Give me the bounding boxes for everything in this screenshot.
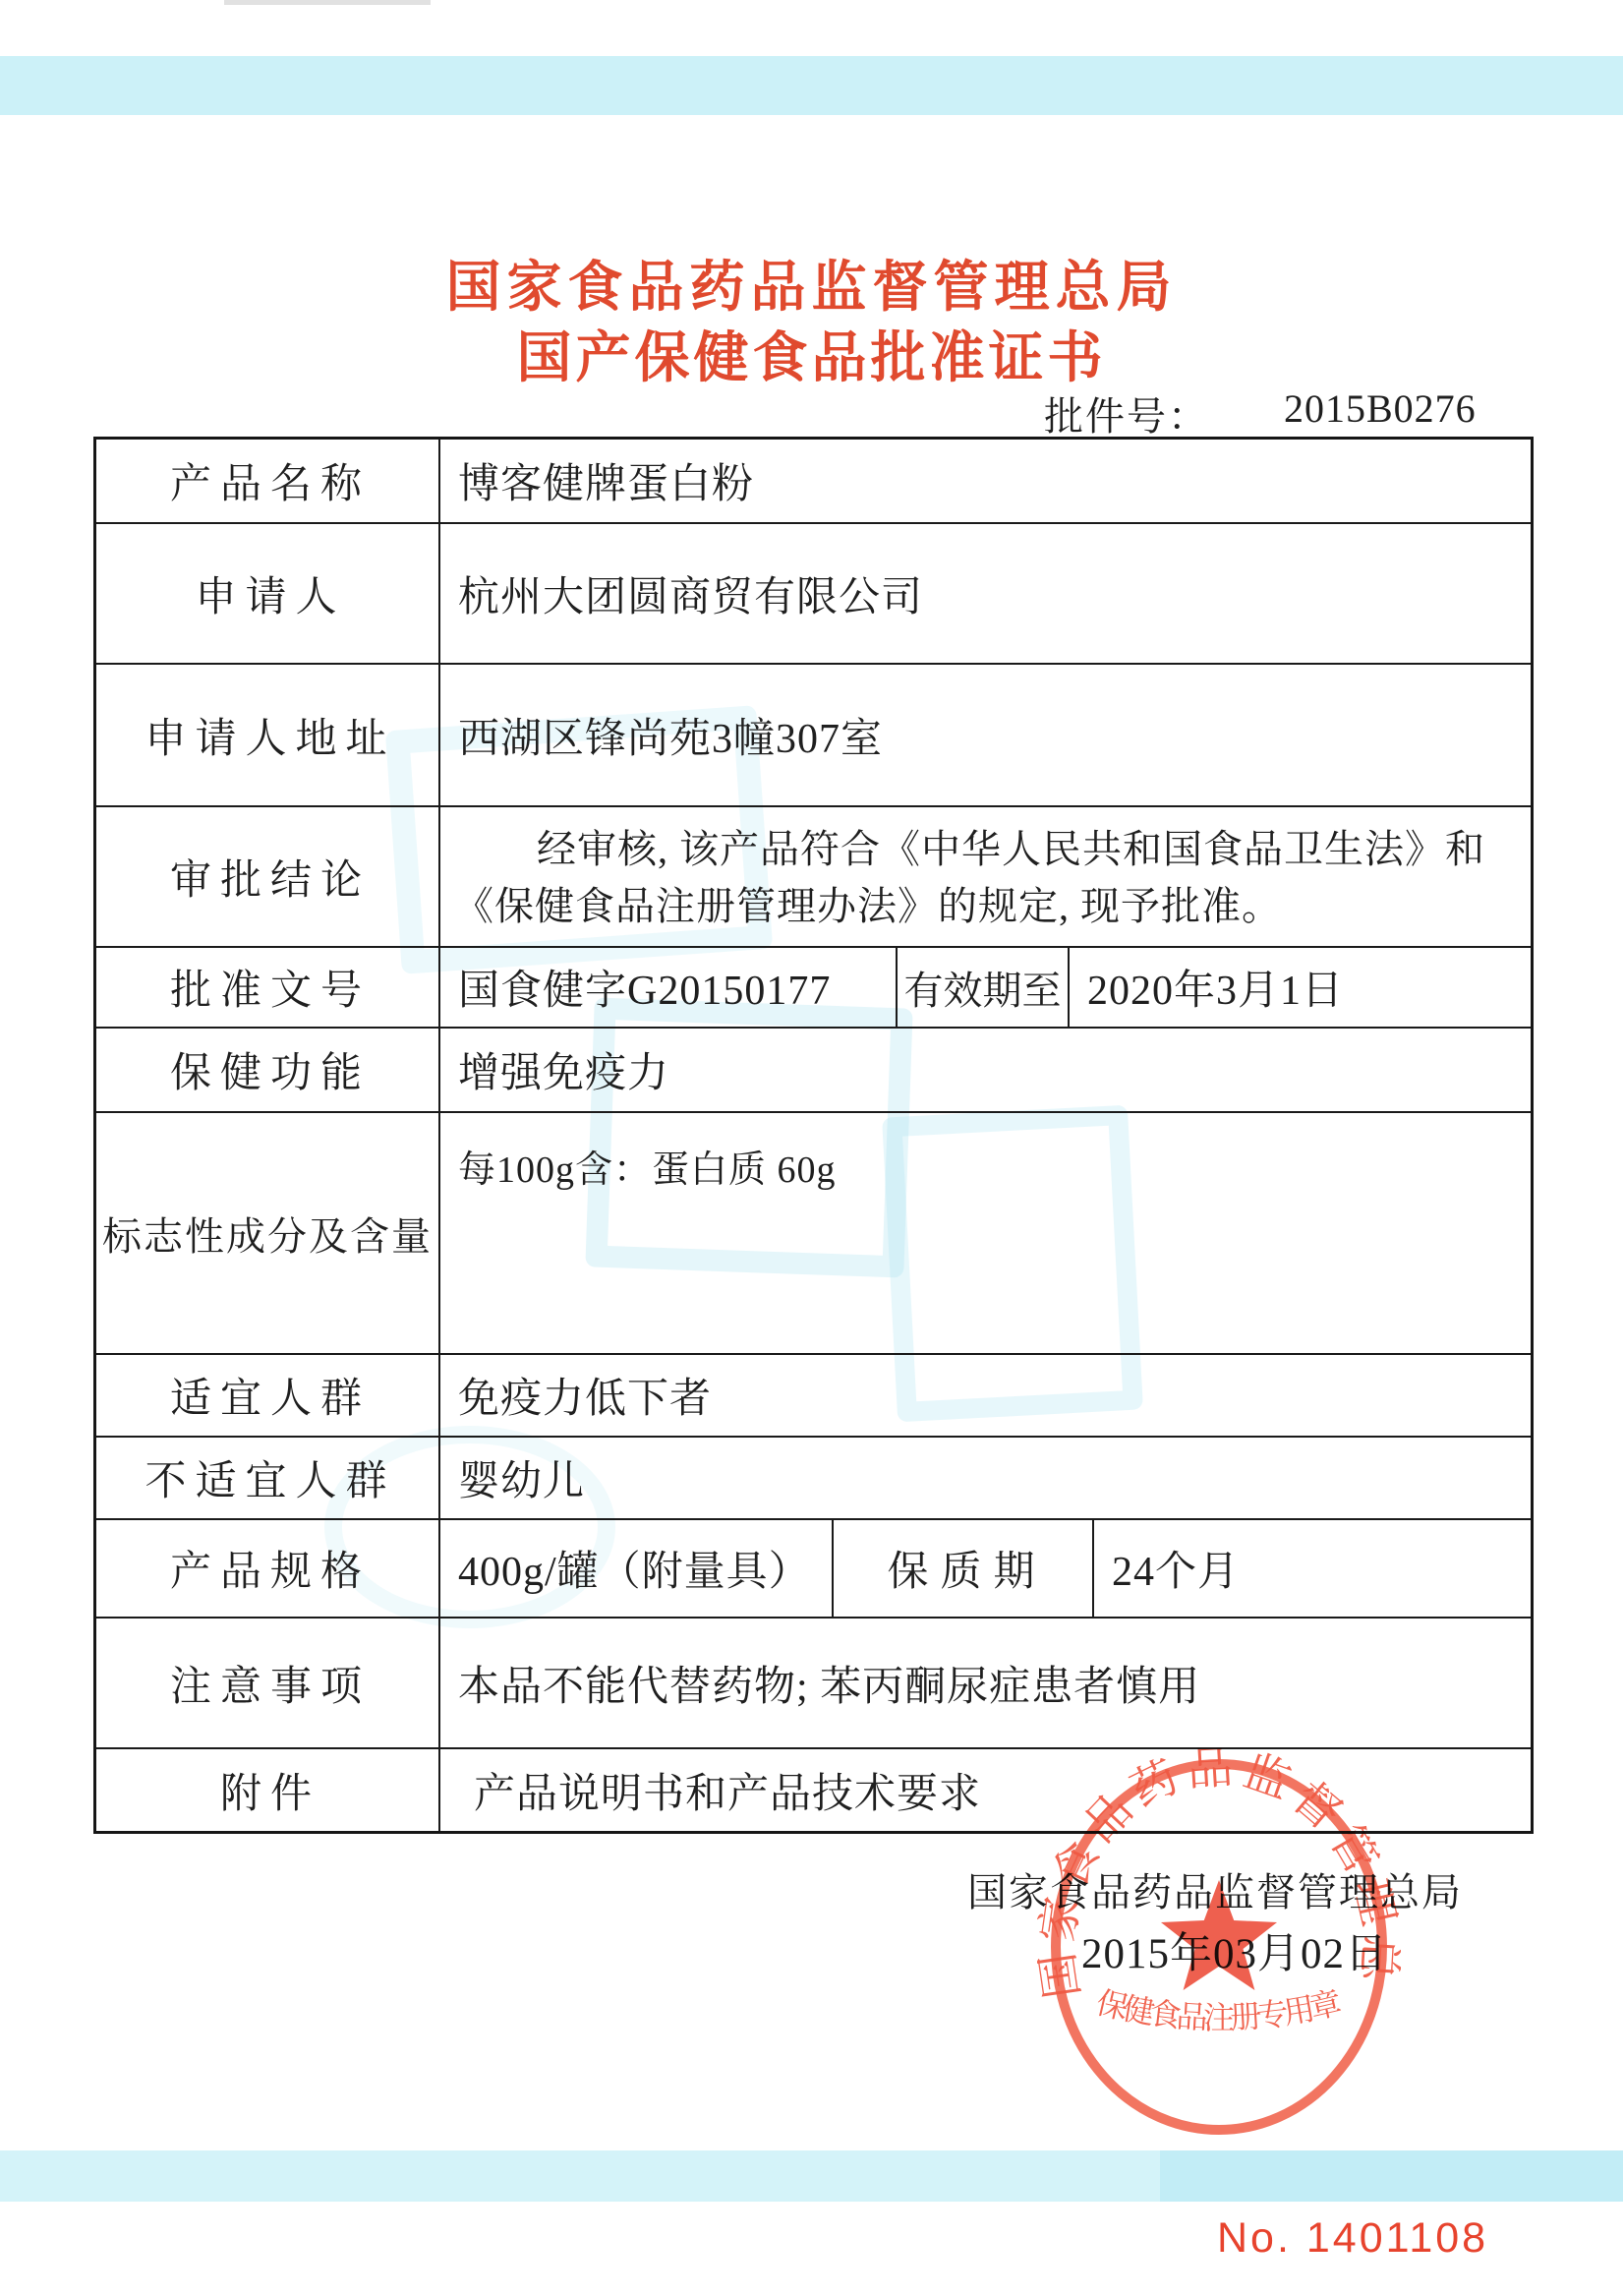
table-row: 标志性成分及含量 每100g含：蛋白质 60g bbox=[96, 1111, 1531, 1353]
row-subvalue: 2020年3月1日 bbox=[1070, 948, 1531, 1027]
approval-conclusion-line2: 《保健食品注册管理办法》的规定, 现予批准。 bbox=[454, 878, 1515, 935]
row-label: 产品规格 bbox=[96, 1520, 440, 1617]
row-value: 博客健牌蛋白粉 bbox=[440, 440, 1531, 522]
row-label: 申请人 bbox=[96, 524, 440, 663]
row-label: 附件 bbox=[96, 1749, 440, 1831]
certificate-table: 产品名称 博客健牌蛋白粉 申请人 杭州大团圆商贸有限公司 申请人地址 西湖区锋尚… bbox=[93, 437, 1534, 1834]
row-label: 不适宜人群 bbox=[96, 1438, 440, 1518]
table-row: 不适宜人群 婴幼儿 bbox=[96, 1436, 1531, 1518]
table-row: 产品规格 400g/罐（附量具） 保质期 24个月 bbox=[96, 1518, 1531, 1617]
row-sublabel: 保质期 bbox=[834, 1520, 1094, 1617]
table-row: 保健功能 增强免疫力 bbox=[96, 1027, 1531, 1111]
row-label: 适宜人群 bbox=[96, 1355, 440, 1436]
row-value: 经审核, 该产品符合《中华人民共和国食品卫生法》和 《保健食品注册管理办法》的规… bbox=[440, 819, 1531, 935]
row-label: 注意事项 bbox=[96, 1619, 440, 1747]
scan-smudge bbox=[224, 0, 431, 5]
table-row: 申请人地址 西湖区锋尚苑3幢307室 bbox=[96, 663, 1531, 805]
row-label: 标志性成分及含量 bbox=[96, 1113, 440, 1353]
table-row: 注意事项 本品不能代替药物; 苯丙酮尿症患者慎用 bbox=[96, 1617, 1531, 1747]
cyan-band-top bbox=[0, 56, 1623, 115]
table-row: 产品名称 博客健牌蛋白粉 bbox=[96, 440, 1531, 522]
row-value: 本品不能代替药物; 苯丙酮尿症患者慎用 bbox=[440, 1619, 1531, 1747]
row-label: 申请人地址 bbox=[96, 665, 440, 805]
row-value: 婴幼儿 bbox=[440, 1438, 1531, 1518]
cyan-band-bottom-right bbox=[1160, 2150, 1623, 2202]
star-icon bbox=[1161, 1880, 1277, 1990]
batch-number-line: 批件号： 2015B0276 bbox=[1044, 385, 1477, 442]
row-value: 400g/罐（附量具） bbox=[440, 1520, 834, 1617]
row-value: 杭州大团圆商贸有限公司 bbox=[440, 524, 1531, 663]
certificate-page: 国家食品药品监督管理总局 国产保健食品批准证书 批件号： 2015B0276 产… bbox=[0, 0, 1623, 2296]
seal-bottom-text: 保健食品注册专用章 bbox=[1093, 1984, 1345, 2035]
batch-number-value: 2015B0276 bbox=[1284, 385, 1477, 442]
serial-number: No. 1401108 bbox=[1217, 2214, 1488, 2263]
row-value: 西湖区锋尚苑3幢307室 bbox=[440, 665, 1531, 805]
row-label: 审批结论 bbox=[96, 807, 440, 946]
row-value: 每100g含：蛋白质 60g bbox=[440, 1113, 1531, 1353]
row-label: 保健功能 bbox=[96, 1029, 440, 1111]
row-subvalue: 24个月 bbox=[1094, 1520, 1531, 1617]
row-label: 产品名称 bbox=[96, 440, 440, 522]
row-value: 国食健字G20150177 bbox=[440, 948, 898, 1027]
row-label: 批准文号 bbox=[96, 948, 440, 1027]
document-title-line2: 国产保健食品批准证书 bbox=[0, 315, 1623, 393]
row-value: 免疫力低下者 bbox=[440, 1355, 1531, 1436]
approval-conclusion-line1: 经审核, 该产品符合《中华人民共和国食品卫生法》和 bbox=[537, 821, 1515, 878]
table-row: 适宜人群 免疫力低下者 bbox=[96, 1353, 1531, 1436]
svg-text:保健食品注册专用章: 保健食品注册专用章 bbox=[1093, 1984, 1345, 2035]
table-row: 审批结论 经审核, 该产品符合《中华人民共和国食品卫生法》和 《保健食品注册管理… bbox=[96, 805, 1531, 946]
official-seal: 国家食品药品监督管理总局 保健食品注册专用章 bbox=[1037, 1748, 1401, 2146]
row-value: 增强免疫力 bbox=[440, 1029, 1531, 1111]
row-sublabel: 有效期至 bbox=[898, 948, 1070, 1027]
table-row: 申请人 杭州大团圆商贸有限公司 bbox=[96, 522, 1531, 663]
document-title-line1: 国家食品药品监督管理总局 bbox=[0, 244, 1623, 323]
table-row: 批准文号 国食健字G20150177 有效期至 2020年3月1日 bbox=[96, 946, 1531, 1027]
batch-number-label: 批件号： bbox=[1044, 385, 1209, 442]
